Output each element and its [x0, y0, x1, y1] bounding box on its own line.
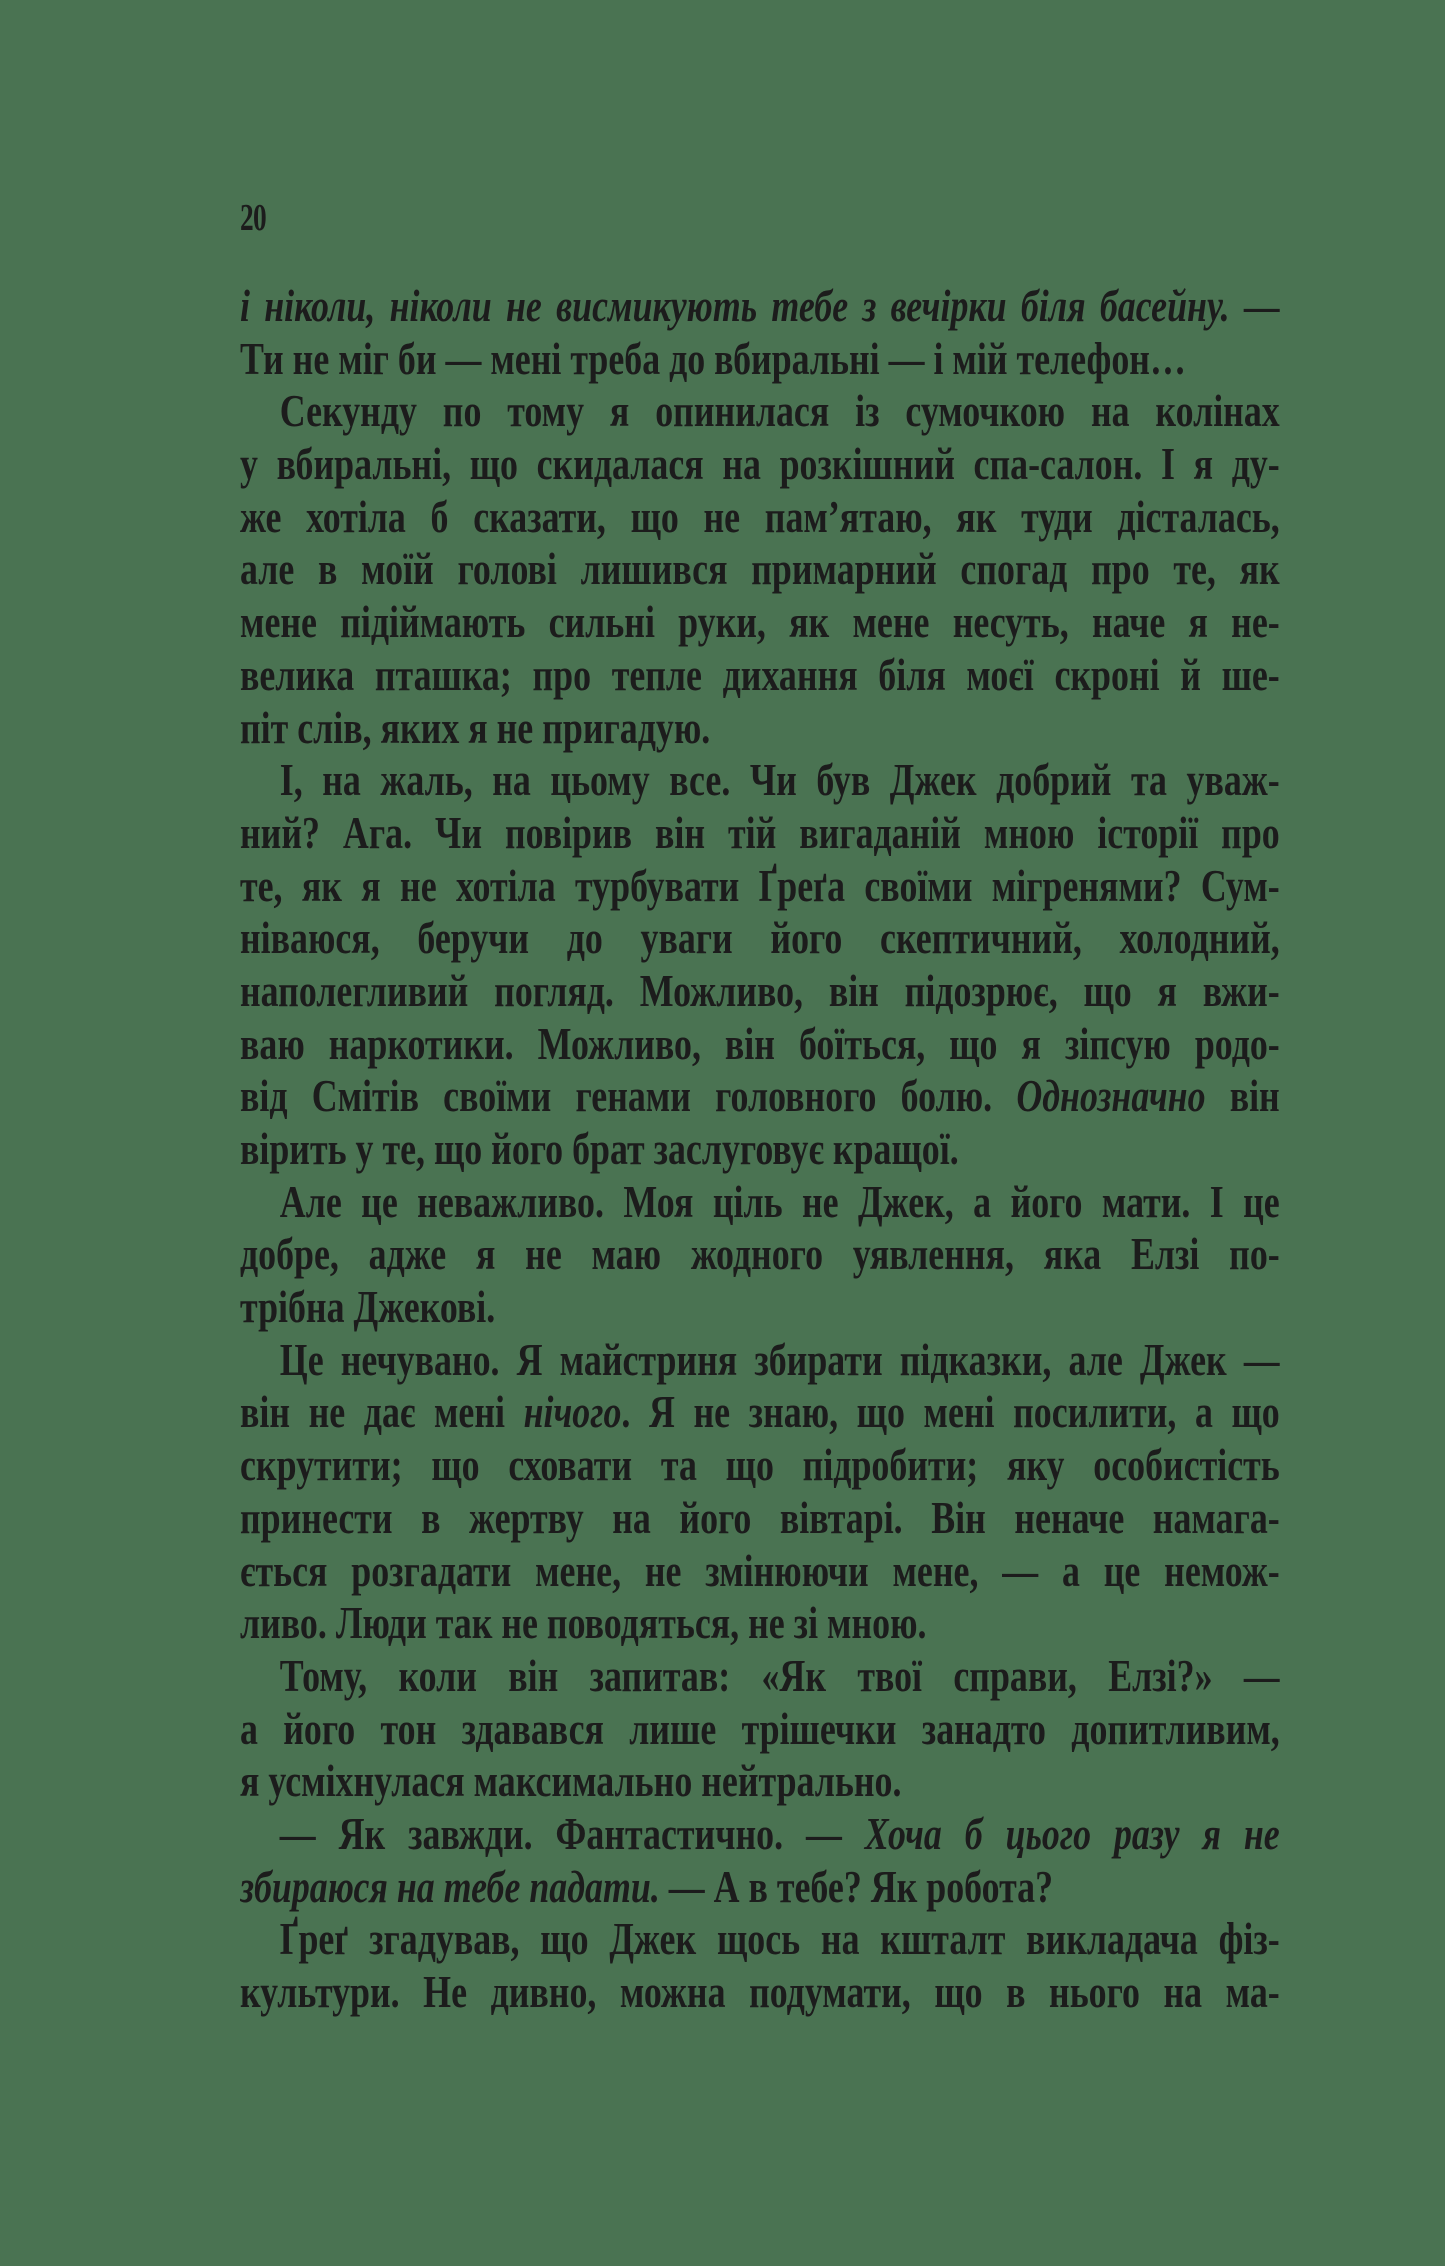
text-line-content: Тому, коли він запитав: «Як твої справи,…	[240, 1650, 1280, 1703]
text-segment: ваю наркотики. Можливо, він боїться, що …	[240, 1018, 1280, 1069]
text-line-content: він не дає мені нічого. Я не знаю, що ме…	[240, 1386, 1280, 1439]
text-segment: принести в жертву на його вівтарі. Він н…	[240, 1492, 1280, 1543]
text-line: Секунду по тому я опинилася із сумочкою …	[240, 385, 1280, 438]
text-line-content: ний? Ага. Чи повірив він тій вигаданій м…	[240, 807, 1280, 860]
text-segment: у вбиральні, що скидалася на розкішний с…	[240, 438, 1280, 489]
text-line-content: ливо. Люди так не поводяться, не зі мною…	[240, 1597, 1280, 1650]
text-segment: піт слів, яких я не пригадую.	[240, 702, 710, 753]
text-line-content: ваю наркотики. Можливо, він боїться, що …	[240, 1018, 1280, 1071]
text-segment: —	[1230, 280, 1280, 331]
text-segment: І, на жаль, на цьому все. Чи був Джек до…	[280, 754, 1280, 805]
text-segment: Ти не міг би — мені треба до вбиральні —…	[240, 333, 1186, 384]
text-segment: Тому, коли він запитав: «Як твої справи,…	[280, 1650, 1280, 1701]
text-segment: вірить у те, що його брат заслуговує кра…	[240, 1123, 959, 1174]
text-segment: ний? Ага. Чи повірив він тій вигаданій м…	[240, 807, 1280, 858]
text-line-content: і ніколи, ніколи не висмикують тебе з ве…	[240, 280, 1280, 333]
text-line: вірить у те, що його брат заслуговує кра…	[240, 1123, 1280, 1176]
text-segment: але в моїй голові лишився примарний спог…	[240, 543, 1280, 594]
text-line: Тому, коли він запитав: «Як твої справи,…	[240, 1650, 1280, 1703]
text-segment: він	[1206, 1070, 1280, 1121]
text-segment: культури. Не дивно, можна подумати, що в…	[240, 1966, 1280, 2017]
text-segment: Секунду по тому я опинилася із сумочкою …	[280, 385, 1280, 436]
text-segment: ється розгадати мене, не змінюючи мене, …	[240, 1545, 1280, 1596]
text-line: я усміхнулася максимально нейтрально.	[240, 1755, 1280, 1808]
text-line-content: — Як завжди. Фантастично. — Хоча б цього…	[240, 1808, 1280, 1861]
text-line: у вбиральні, що скидалася на розкішний с…	[240, 438, 1280, 491]
text-segment: ливо. Люди так не поводяться, не зі мною…	[240, 1597, 926, 1648]
text-segment: мене підіймають сильні руки, як мене нес…	[240, 596, 1280, 647]
text-line-content: вірить у те, що його брат заслуговує кра…	[240, 1123, 1280, 1176]
text-line-content: велика пташка; про тепле дихання біля мо…	[240, 649, 1280, 702]
text-line: і ніколи, ніколи не висмикують тебе з ве…	[240, 280, 1280, 333]
text-line-content: же хотіла б сказати, що не пам’ятаю, як …	[240, 491, 1280, 544]
italic-text: і ніколи, ніколи не висмикують тебе з ве…	[240, 280, 1230, 331]
text-segment: трібна Джекові.	[240, 1281, 495, 1332]
text-line: він не дає мені нічого. Я не знаю, що ме…	[240, 1386, 1280, 1439]
text-segment: — Як завжди. Фантастично. —	[280, 1808, 865, 1859]
text-line: Але це неважливо. Моя ціль не Джек, а йо…	[240, 1176, 1280, 1229]
text-line-content: ніваюся, беручи до уваги його скептичний…	[240, 912, 1280, 965]
text-segment: велика пташка; про тепле дихання біля мо…	[240, 649, 1280, 700]
text-segment: від Смітів своїми генами головного болю.	[240, 1070, 1016, 1121]
page-number: 20	[240, 196, 266, 240]
text-line: а його тон здавався лише трішечки занадт…	[240, 1703, 1280, 1756]
text-line-content: культури. Не дивно, можна подумати, що в…	[240, 1966, 1280, 2019]
text-segment: Це нечувано. Я майстриня збирати підказк…	[280, 1334, 1280, 1385]
text-line: принести в жертву на його вівтарі. Він н…	[240, 1492, 1280, 1545]
text-segment: добре, адже я не маю жодного уявлення, я…	[240, 1228, 1280, 1279]
text-line-content: у вбиральні, що скидалася на розкішний с…	[240, 438, 1280, 491]
text-line: велика пташка; про тепле дихання біля мо…	[240, 649, 1280, 702]
text-line: ний? Ага. Чи повірив він тій вигаданій м…	[240, 807, 1280, 860]
text-line-content: ється розгадати мене, не змінюючи мене, …	[240, 1545, 1280, 1598]
text-line: Ґреґ згадував, що Джек щось на кшталт ви…	[240, 1913, 1280, 1966]
text-line-content: Ти не міг би — мені треба до вбиральні —…	[240, 333, 1280, 386]
body-text: і ніколи, ніколи не висмикують тебе з ве…	[240, 280, 1280, 2019]
text-segment: ніваюся, беручи до уваги його скептичний…	[240, 912, 1280, 963]
italic-text: нічого	[524, 1386, 622, 1437]
text-line-content: добре, адже я не маю жодного уявлення, я…	[240, 1228, 1280, 1281]
text-line-content: те, як я не хотіла турбувати Ґреґа своїм…	[240, 860, 1280, 913]
text-line: культури. Не дивно, можна подумати, що в…	[240, 1966, 1280, 2019]
text-line-content: піт слів, яких я не пригадую.	[240, 702, 1280, 755]
text-segment: Але це неважливо. Моя ціль не Джек, а йо…	[280, 1176, 1280, 1227]
text-line-content: наполегливий погляд. Можливо, він підозр…	[240, 965, 1280, 1018]
text-line: же хотіла б сказати, що не пам’ятаю, як …	[240, 491, 1280, 544]
italic-text: Хоча б цього разу я не	[865, 1808, 1280, 1859]
text-line: збираюся на тебе падати. — А в тебе? Як …	[240, 1861, 1280, 1914]
text-line: піт слів, яких я не пригадую.	[240, 702, 1280, 755]
text-line-content: але в моїй голові лишився примарний спог…	[240, 543, 1280, 596]
text-segment: я усміхнулася максимально нейтрально.	[240, 1755, 901, 1806]
text-segment: . Я не знаю, що мені посилити, а що	[621, 1386, 1279, 1437]
text-line-content: мене підіймають сильні руки, як мене нес…	[240, 596, 1280, 649]
text-segment: же хотіла б сказати, що не пам’ятаю, як …	[240, 491, 1280, 542]
italic-text: збираюся на тебе падати.	[240, 1861, 660, 1912]
text-line-content: принести в жертву на його вівтарі. Він н…	[240, 1492, 1280, 1545]
text-line: скрутити; що сховати та що підробити; як…	[240, 1439, 1280, 1492]
text-line: те, як я не хотіла турбувати Ґреґа своїм…	[240, 860, 1280, 913]
text-line: ваю наркотики. Можливо, він боїться, що …	[240, 1018, 1280, 1071]
text-line-content: Секунду по тому я опинилася із сумочкою …	[240, 385, 1280, 438]
text-line: Це нечувано. Я майстриня збирати підказк…	[240, 1334, 1280, 1387]
text-line-content: Але це неважливо. Моя ціль не Джек, а йо…	[240, 1176, 1280, 1229]
italic-text: Однозначно	[1016, 1070, 1205, 1121]
text-line: І, на жаль, на цьому все. Чи був Джек до…	[240, 754, 1280, 807]
text-line: але в моїй голові лишився примарний спог…	[240, 543, 1280, 596]
text-line-content: збираюся на тебе падати. — А в тебе? Як …	[240, 1861, 1280, 1914]
text-line: мене підіймають сильні руки, як мене нес…	[240, 596, 1280, 649]
text-line: ніваюся, беручи до уваги його скептичний…	[240, 912, 1280, 965]
text-line: від Смітів своїми генами головного болю.…	[240, 1070, 1280, 1123]
text-line-content: І, на жаль, на цьому все. Чи був Джек до…	[240, 754, 1280, 807]
text-line: Ти не міг би — мені треба до вбиральні —…	[240, 333, 1280, 386]
text-line-content: скрутити; що сховати та що підробити; як…	[240, 1439, 1280, 1492]
text-line: трібна Джекові.	[240, 1281, 1280, 1334]
text-line: — Як завжди. Фантастично. — Хоча б цього…	[240, 1808, 1280, 1861]
text-line-content: а його тон здавався лише трішечки занадт…	[240, 1703, 1280, 1756]
text-line-content: від Смітів своїми генами головного болю.…	[240, 1070, 1280, 1123]
text-segment: а його тон здавався лише трішечки занадт…	[240, 1703, 1280, 1754]
text-segment: — А в тебе? Як робота?	[660, 1861, 1053, 1912]
text-line: ливо. Люди так не поводяться, не зі мною…	[240, 1597, 1280, 1650]
text-segment: наполегливий погляд. Можливо, він підозр…	[240, 965, 1280, 1016]
text-segment: те, як я не хотіла турбувати Ґреґа своїм…	[240, 860, 1280, 911]
text-line: добре, адже я не маю жодного уявлення, я…	[240, 1228, 1280, 1281]
text-line-content: Ґреґ згадував, що Джек щось на кшталт ви…	[240, 1913, 1280, 1966]
text-line-content: я усміхнулася максимально нейтрально.	[240, 1755, 1280, 1808]
text-line-content: трібна Джекові.	[240, 1281, 1280, 1334]
text-segment: він не дає мені	[240, 1386, 524, 1437]
text-line-content: Це нечувано. Я майстриня збирати підказк…	[240, 1334, 1280, 1387]
text-segment: Ґреґ згадував, що Джек щось на кшталт ви…	[280, 1913, 1280, 1964]
text-line: ється розгадати мене, не змінюючи мене, …	[240, 1545, 1280, 1598]
text-segment: скрутити; що сховати та що підробити; як…	[240, 1439, 1280, 1490]
text-line: наполегливий погляд. Можливо, він підозр…	[240, 965, 1280, 1018]
